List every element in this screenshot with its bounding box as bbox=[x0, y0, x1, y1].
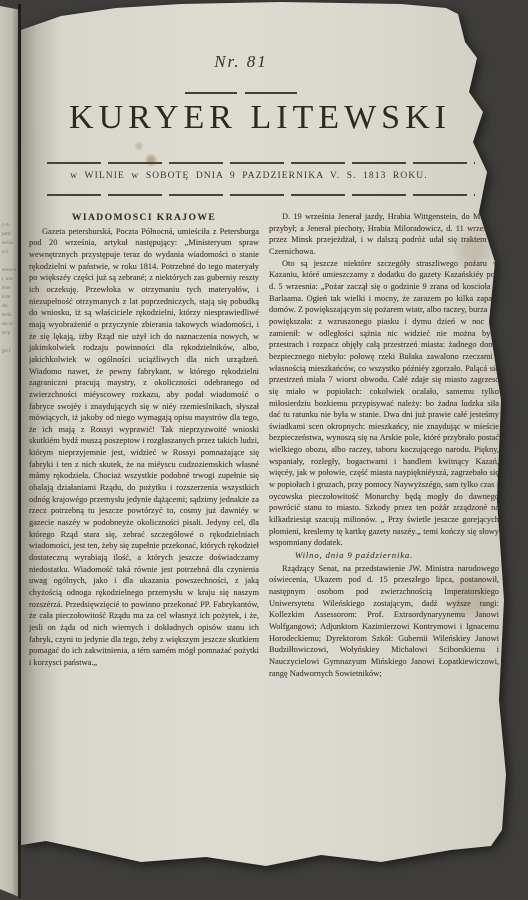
adjacent-page-text-fragments: y ch party archio n ci wiera w i, wze d … bbox=[2, 221, 19, 356]
masthead-rule-top bbox=[47, 162, 475, 164]
scan-background: y ch party archio n ci wiera w i, wze d … bbox=[0, 0, 528, 900]
right-column: D. 19 września Jenerał jazdy, Hrabia Wit… bbox=[269, 211, 499, 853]
left-column: WIADOMOSCI KRAJOWE Gazeta petersburská, … bbox=[29, 211, 259, 853]
article-paragraph: D. 19 września Jenerał jazdy, Hrabia Wit… bbox=[269, 211, 499, 258]
rule-under-issue-number bbox=[185, 92, 301, 94]
newspaper-title: KURYER LITEWSKI bbox=[21, 99, 499, 137]
newspaper-page: Nr. 81 KURYER LITEWSKI w WILNIE w SOBOTĘ… bbox=[21, 0, 509, 872]
article-paragraph: Rządzący Senat, na przedstawienie JW. Mi… bbox=[269, 563, 499, 680]
article-paragraph: Gazeta petersburská, Poczta Północná, um… bbox=[29, 226, 259, 669]
wilno-dateline: Wilno, dnia 9 października. bbox=[295, 550, 499, 562]
article-columns: WIADOMOSCI KRAJOWE Gazeta petersburská, … bbox=[29, 211, 499, 853]
issue-number: Nr. 81 bbox=[21, 52, 461, 72]
article-paragraph: Oto są jeszcze niektóre szczegóły strasz… bbox=[269, 258, 499, 549]
section-heading-domestic-news: WIADOMOSCI KRAJOWE bbox=[29, 212, 259, 224]
newspaper-sheet-wrap: Nr. 81 KURYER LITEWSKI w WILNIE w SOBOTĘ… bbox=[21, 0, 513, 900]
masthead-rule-bottom bbox=[47, 194, 475, 196]
publication-dateline: w WILNIE w SOBOTĘ DNIA 9 PAZDZIERNIKA V.… bbox=[21, 171, 477, 181]
